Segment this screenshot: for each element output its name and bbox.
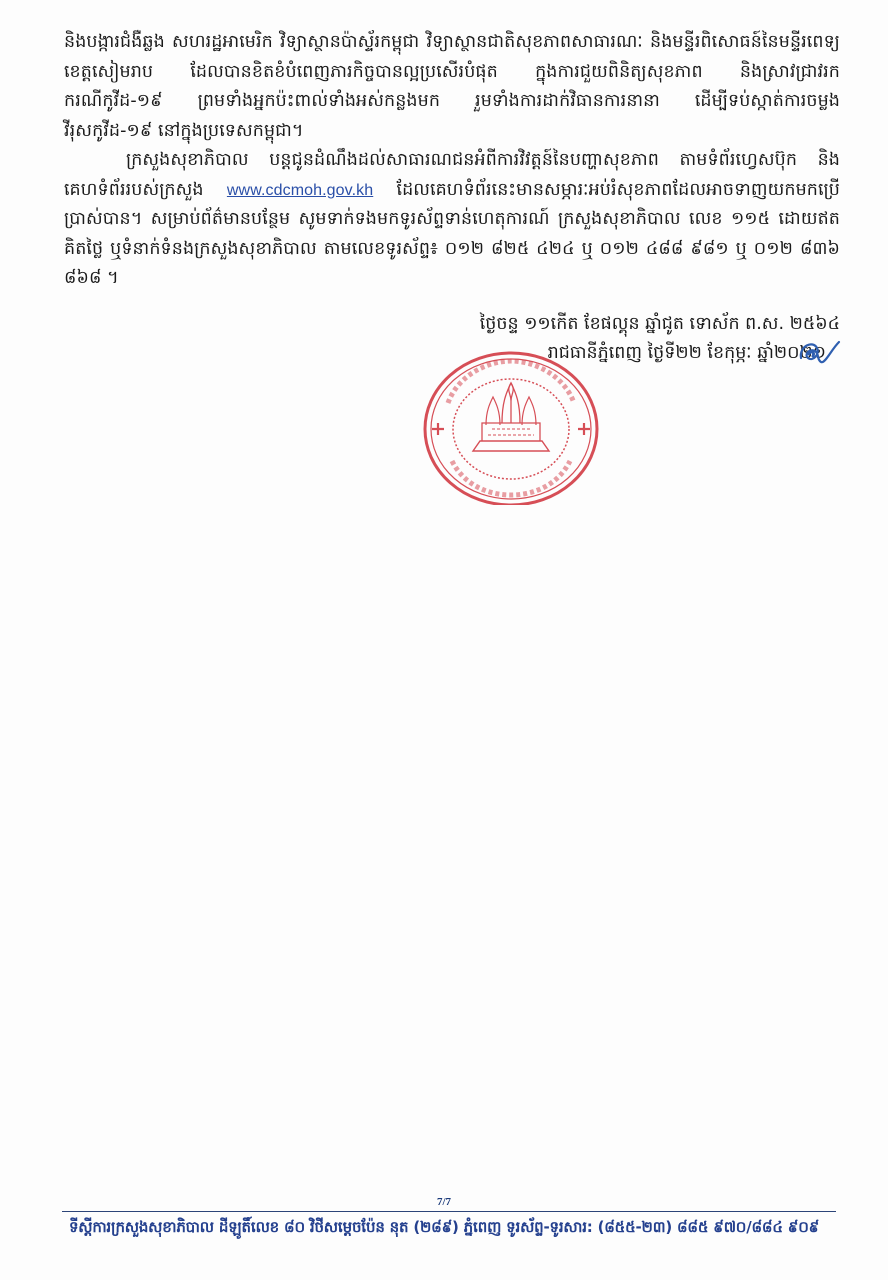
ministry-seal-icon bbox=[418, 345, 604, 505]
lunar-date: ថ្ងៃចន្ទ ១១កើត ខែផល្គុន ឆ្នាំជូត ទោស័ក ព… bbox=[420, 310, 840, 339]
footer-divider bbox=[62, 1211, 836, 1212]
initials-icon bbox=[795, 336, 843, 370]
page-number: 7/7 bbox=[0, 1196, 888, 1208]
document-page: និងបង្ការជំងឺឆ្លង សហរដ្ឋអាមេរិក វិទ្យាស្… bbox=[0, 0, 888, 1280]
paragraph-1-text: និងបង្ការជំងឺឆ្លង សហរដ្ឋអាមេរិក វិទ្យាស្… bbox=[64, 32, 840, 141]
paragraph-acknowledgement: និងបង្ការជំងឺឆ្លង សហរដ្ឋអាមេរិក វិទ្យាស្… bbox=[64, 28, 840, 146]
website-link[interactable]: www.cdcmoh.gov.kh bbox=[227, 182, 373, 199]
paragraph-public-info: ក្រសួងសុខាភិបាល បន្តជូនដំណឹងដល់សាធារណជនអ… bbox=[64, 146, 840, 294]
footer-address: ទីស្តីការក្រសួងសុខាភិបាល ដីឡូតិ៍លេខ ៨០ វ… bbox=[0, 1218, 888, 1240]
